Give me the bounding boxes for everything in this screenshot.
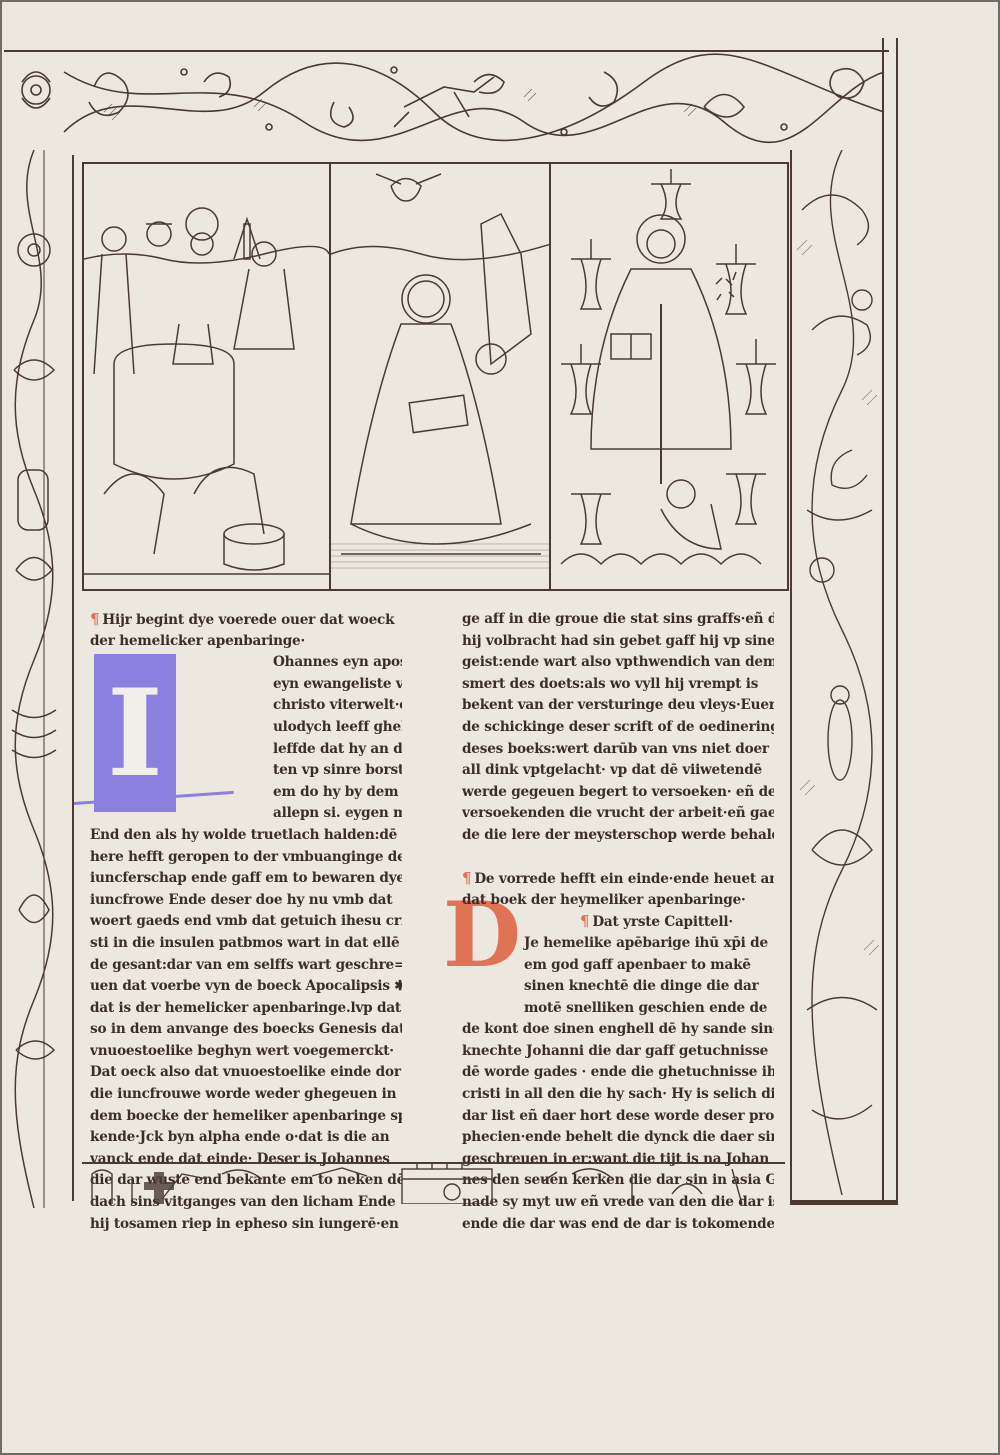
text-line: de kont doe sinen enghell dē hy sande si…: [462, 1019, 774, 1041]
text-line: hij tosamen riep in epheso sin iungerē·e…: [90, 1214, 402, 1236]
text-line: cristi in all den die hy sach· Hy is sel…: [462, 1084, 774, 1106]
woodcut-panel-patmos: [331, 164, 551, 589]
text-line: ende die dar was end de dar is tokomende: [462, 1214, 774, 1236]
facsimile-page: I D ¶Hijr begint dye voerede ouer dat wo…: [0, 0, 1000, 1455]
left-text-column: ¶Hijr begint dye voerede ouer dat woeck …: [90, 609, 402, 1235]
preface-end-line: ¶De vorrede hefft ein einde·ende heuet a…: [462, 868, 774, 890]
text-line: Je hemelike apēbarige ihū xp̄i de: [462, 933, 774, 955]
text-line: iuncferschap ende gaff em to bewaren dye: [90, 868, 402, 890]
text-line: dat is der hemelicker apenbaringe.lvp da…: [90, 998, 402, 1020]
text-line: uen dat voerbe vyn de boeck Apocalipsis …: [90, 976, 402, 998]
top-ornamental-border: [4, 50, 889, 152]
text-line: de schickinge deser scrift of de oediner…: [462, 717, 774, 739]
text-line: knechte Johanni die dar gaff getuchnisse: [462, 1041, 774, 1063]
preface-heading-line: ¶Hijr begint dye voerede ouer dat woeck: [90, 609, 402, 631]
rubric-mark-icon: ¶: [90, 609, 99, 631]
text-line: sti in die insulen patbmos wart in dat e…: [90, 933, 402, 955]
text-line: ten vp sinre borst ruste de End: [90, 760, 402, 782]
preface-heading-line: der hemelicker apenbaringe·: [90, 631, 402, 653]
text-line: all dink vptgelacht· vp dat dē viiwetend…: [462, 760, 774, 782]
text-line: phecien·ende behelt die dynck die daer s…: [462, 1127, 774, 1149]
text-line: hij volbracht had sin gebet gaff hij vp …: [462, 631, 774, 653]
text-line: vnuoestoelike beghyn wert voegemerckt·: [90, 1041, 402, 1063]
right-ornamental-border: [790, 150, 898, 1205]
text-line: em do hy by dem cruce stunt:: [90, 782, 402, 804]
text-line: leffde dat hy an den auent et: [90, 739, 402, 761]
woodcut-panel-martyrdom: [84, 164, 331, 589]
vine-scroll-ornament-icon: [4, 52, 889, 152]
acanthus-figures-ornament-icon: [792, 150, 892, 1195]
text-line: smert des doets:als wo vyll hij vrempt i…: [462, 674, 774, 696]
text-line: End den als hy wolde truetlach halden:dē: [90, 825, 402, 847]
text-line: Ohannes eyn apostell ende: [90, 652, 402, 674]
woodcut-panel-candlesticks: [551, 164, 787, 589]
text-line: here hefft geropen to der vmbuanginge de…: [90, 847, 402, 869]
text-line: iuncfrowe Ende deser doe hy nu vmb dat: [90, 890, 402, 912]
foliage-column-ornament-icon: [4, 150, 66, 1208]
text-line: ulodych leeff ghehad in sinre: [90, 717, 402, 739]
rubric-mark-icon: ¶: [580, 911, 589, 933]
text-line: kende·Jck byn alpha ende o·dat is die an: [90, 1127, 402, 1149]
text-line: eyn ewangeliste van den herē: [90, 674, 402, 696]
text-line: dē worde gades · ende die ghetuchnisse i…: [462, 1062, 774, 1084]
text-line: motē snelliken geschien ende de: [462, 998, 774, 1020]
text-line: em god gaff apenbaer to makē: [462, 955, 774, 977]
text-line: bekent van der versturinge deu vleys·Eue…: [462, 695, 774, 717]
bottom-woodcut-illustration: [72, 1164, 784, 1204]
christ-candlesticks-scene-icon: [551, 164, 787, 589]
text-line: die iuncfrouwe worde weder ghegeuen in: [90, 1084, 402, 1106]
left-ornamental-border: [4, 150, 66, 1208]
woodcut-illustration-row: [82, 162, 789, 591]
text-line: werde gegeuen begert to versoeken· eñ de…: [462, 782, 774, 804]
rubric-mark-icon: ¶: [462, 868, 471, 890]
text-line: dar list eñ daer hort dese worde deser p…: [462, 1106, 774, 1128]
preface-end-line: dat boek der heymeliker apenbaringe·: [462, 890, 774, 912]
text-line: geist:ende wart also vpthwendich van dem: [462, 652, 774, 674]
paragraph-gap: [462, 847, 774, 869]
text-line: allepn si. eygen moder bevual: [90, 803, 402, 825]
right-text-column: ge aff in die groue die stat sins graffs…: [462, 609, 774, 1235]
text-line: dem boecke der hemeliker apenbaringe spr…: [90, 1106, 402, 1128]
chapter-title: ¶Dat yrste Capittell·: [462, 911, 774, 933]
text-line: ge aff in die groue die stat sins graffs…: [462, 609, 774, 631]
text-line: Dat oeck also dat vnuoestoelike einde do…: [90, 1062, 402, 1084]
text-line: de die lere der meysterschop werde behal…: [462, 825, 774, 847]
text-line: so in dem anvange des boecks Genesis dat: [90, 1019, 402, 1041]
text-line: christo viterwelt·ende ouer=: [90, 695, 402, 717]
text-line: deses boeks:wert darūb van vns niet doer: [462, 739, 774, 761]
adoration-scene-icon: [72, 1164, 784, 1204]
text-line: woert gaeds end vmb dat getuich ihesu cr…: [90, 911, 402, 933]
text-line: versoekenden die vrucht der arbeit·eñ ga…: [462, 803, 774, 825]
text-line: sinen knechtē die dinge die dar: [462, 976, 774, 998]
cauldron-scene-icon: [84, 164, 329, 589]
john-writing-scene-icon: [331, 164, 549, 589]
text-line: de gesant:dar van em selffs wart geschre…: [90, 955, 402, 977]
